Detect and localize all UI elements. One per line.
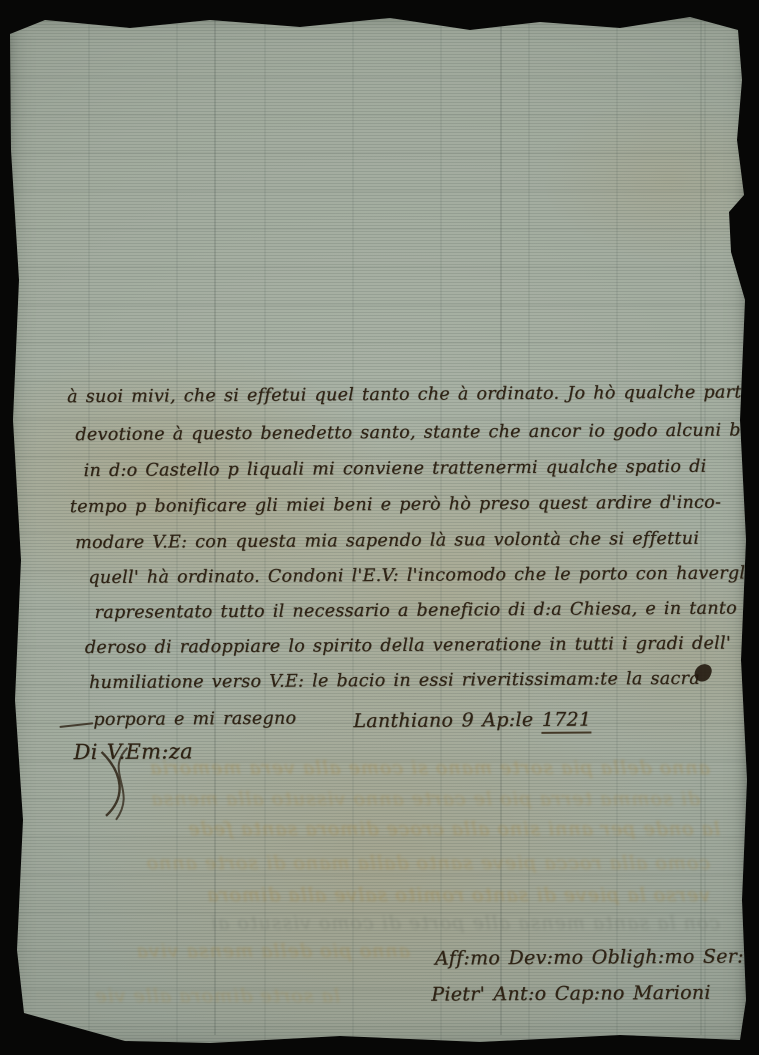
dateline-place: Lanthiano 9 Ap:le [353, 709, 533, 732]
body-line: quell' hà ordinato. Condoni l'E.V: l'inc… [88, 563, 751, 588]
body-line: tempo p bonificare gli miei beni e però … [70, 493, 721, 518]
body-line: deroso di radoppiare lo spirito della ve… [85, 634, 731, 659]
letter-page: anno della pia sorte mano si come alla v… [0, 0, 759, 1055]
body-line: devotione à questo benedetto santo, stan… [75, 420, 759, 445]
body-line: in d:o Castello p liquali mi conviene tr… [84, 457, 707, 481]
body-line: humiliatione verso V.E: le bacio in essi… [89, 669, 700, 693]
body-line: modare V.E: con questa mia sapendo là su… [75, 529, 699, 553]
dateline-year: 1721 [542, 709, 592, 734]
signature-name: Pietr' Ant:o Cap:no Marioni [431, 982, 711, 1006]
dateline: Lanthiano 9 Ap:le 1721 [353, 709, 591, 733]
signature-titles: Aff:mo Dev:mo Obligh:mo Ser:re [435, 945, 759, 969]
body-line: rapresentato tutto il necessario a benef… [95, 598, 759, 623]
body-line: à suoi mivi, che si effetui quel tanto c… [67, 382, 759, 407]
photo-background: anno della pia sorte mano si come alla v… [0, 0, 759, 1055]
signature-flourish [94, 746, 149, 824]
letter-text-block: à suoi mivi, che si effetui quel tanto c… [0, 0, 759, 1055]
closing-line: porpora e mi rasegno [93, 709, 296, 730]
pen-stroke [59, 722, 93, 728]
